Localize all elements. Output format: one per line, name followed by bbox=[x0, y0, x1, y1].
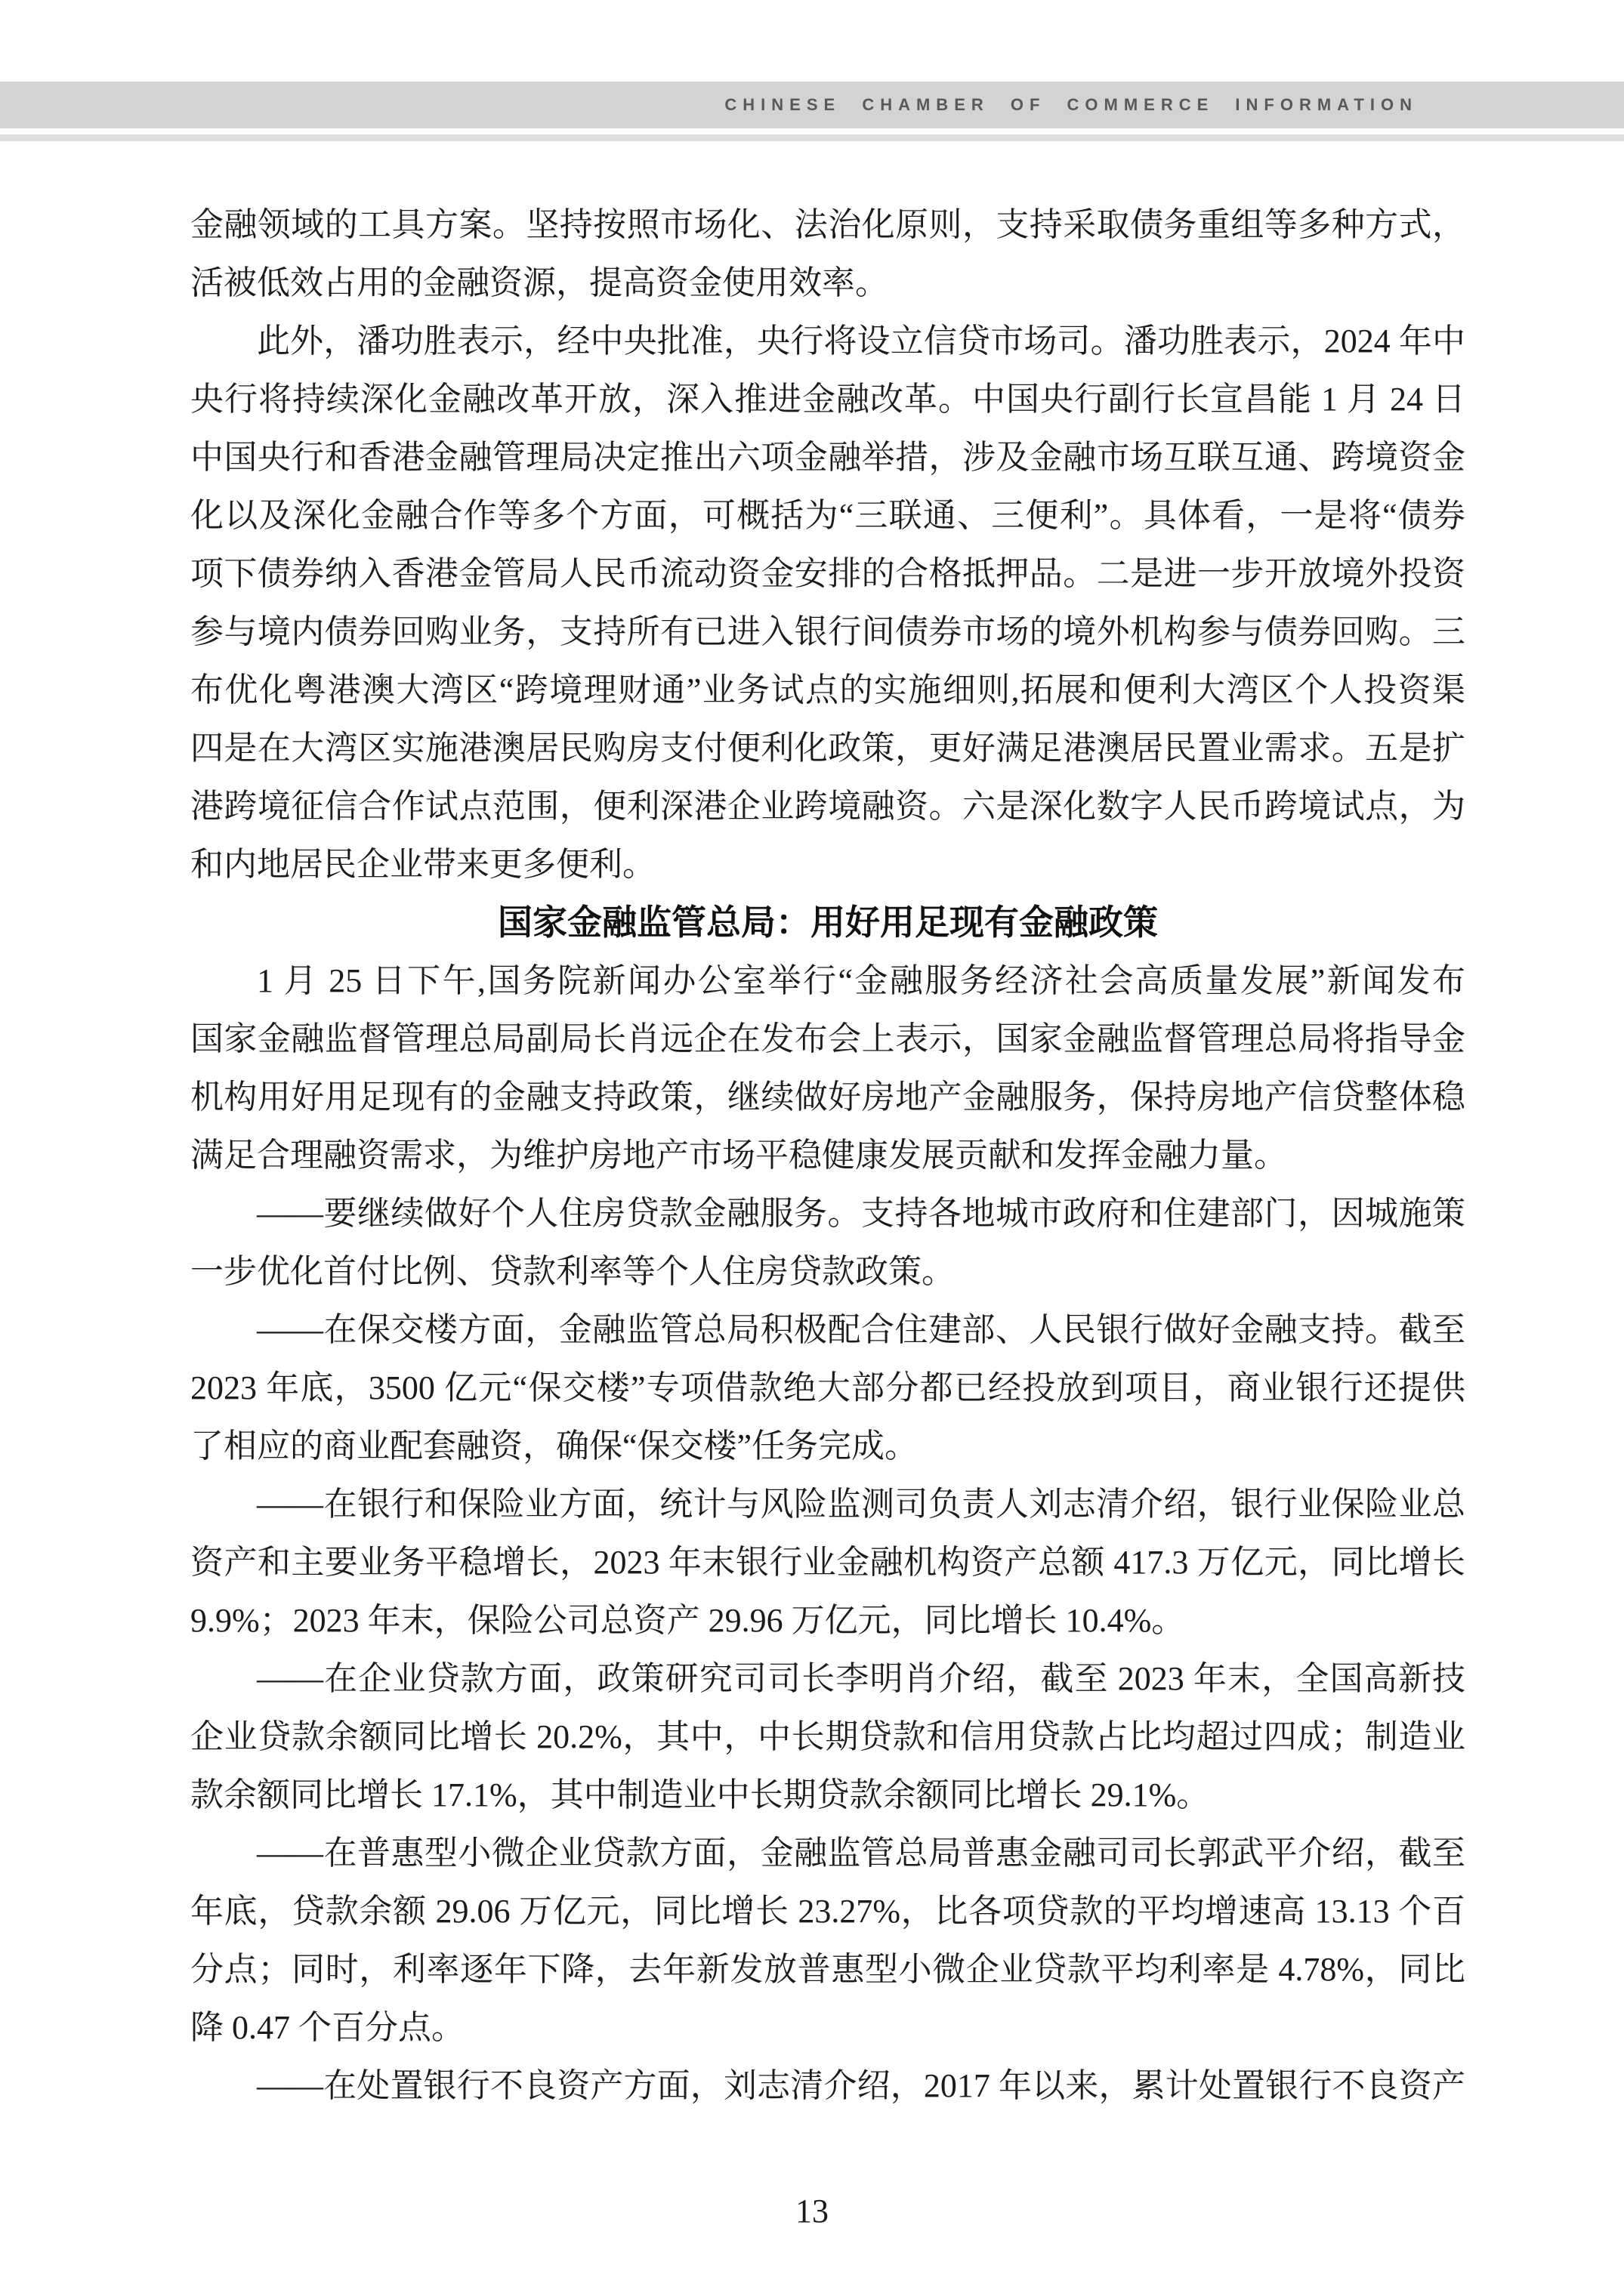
body-line: 2023 年底，3500 亿元“保交楼”专项借款绝大部分都已经投放到项目，商业银… bbox=[190, 1359, 1465, 1417]
document-page: CHINESE CHAMBER OF COMMERCE INFORMATION … bbox=[0, 0, 1624, 2293]
body-line: 项下债券纳入香港金管局人民币流动资金安排的合格抵押品。二是进一步开放境外投资者 bbox=[190, 545, 1465, 603]
body-line: 央行将持续深化金融改革开放，深入推进金融改革。中国央行副行长宣昌能 1 月 24… bbox=[190, 370, 1465, 428]
header-band: CHINESE CHAMBER OF COMMERCE INFORMATION bbox=[0, 82, 1624, 128]
body-line: ——在银行和保险业方面，统计与风险监测司负责人刘志清介绍，银行业保险业总 bbox=[190, 1475, 1465, 1533]
body-line: 1 月 25 日下午,国务院新闻办公室举行“金融服务经济社会高质量发展”新闻发布… bbox=[190, 952, 1465, 1010]
body-line: 国家金融监督管理总局副局长肖远企在发布会上表示，国家金融监督管理总局将指导金融 bbox=[190, 1010, 1465, 1068]
page-number: 13 bbox=[0, 2193, 1624, 2230]
body-line: 9.9%；2023 年末，保险公司总资产 29.96 万亿元，同比增长 10.4… bbox=[190, 1591, 1465, 1650]
article-body: 金融领域的工具方案。坚持按照市场化、法治化原则，支持采取债务重组等多种方式，盘 … bbox=[190, 196, 1465, 2115]
body-line: 一步优化首付比例、贷款利率等个人住房贷款政策。 bbox=[190, 1242, 1465, 1301]
body-line: 此外，潘功胜表示，经中央批准，央行将设立信贷市场司。潘功胜表示，2024 年中国 bbox=[190, 312, 1465, 370]
body-line: 分点；同时，利率逐年下降，去年新发放普惠型小微企业贷款平均利率是 4.78%，同… bbox=[190, 1940, 1465, 1998]
body-line: 款余额同比增长 17.1%，其中制造业中长期贷款余额同比增长 29.1%。 bbox=[190, 1766, 1465, 1824]
body-line: 资产和主要业务平稳增长，2023 年末银行业金融机构资产总额 417.3 万亿元… bbox=[190, 1533, 1465, 1591]
body-line: 参与境内债券回购业务，支持所有已进入银行间债券市场的境外机构参与债券回购。三是发 bbox=[190, 603, 1465, 661]
header-accent-line bbox=[0, 134, 1624, 141]
body-line: 港跨境征信合作试点范围，便利深港企业跨境融资。六是深化数字人民币跨境试点，为香港 bbox=[190, 777, 1465, 835]
header-banner-text: CHINESE CHAMBER OF COMMERCE INFORMATION bbox=[724, 95, 1418, 115]
body-line: 金融领域的工具方案。坚持按照市场化、法治化原则，支持采取债务重组等多种方式，盘 bbox=[190, 196, 1465, 254]
body-line: 满足合理融资需求，为维护房地产市场平稳健康发展贡献和发挥金融力量。 bbox=[190, 1126, 1465, 1184]
body-line: 和内地居民企业带来更多便利。 bbox=[190, 835, 1465, 893]
body-line: ——要继续做好个人住房贷款金融服务。支持各地城市政府和住建部门，因城施策进 bbox=[190, 1184, 1465, 1242]
body-line: 化以及深化金融合作等多个方面，可概括为“三联通、三便利”。具体看，一是将“债券通… bbox=[190, 486, 1465, 545]
body-line: 布优化粤港澳大湾区“跨境理财通”业务试点的实施细则,拓展和便利大湾区个人投资渠道… bbox=[190, 661, 1465, 719]
body-line: ——在保交楼方面，金融监管总局积极配合住建部、人民银行做好金融支持。截至 bbox=[190, 1301, 1465, 1359]
body-line: 了相应的商业配套融资，确保“保交楼”任务完成。 bbox=[190, 1417, 1465, 1475]
body-line: ——在企业贷款方面，政策研究司司长李明肖介绍，截至 2023 年末，全国高新技术 bbox=[190, 1650, 1465, 1708]
body-line: ——在处置银行不良资产方面，刘志清介绍，2017 年以来，累计处置银行不良资产 bbox=[190, 2057, 1465, 2115]
body-line: 活被低效占用的金融资源，提高资金使用效率。 bbox=[190, 254, 1465, 312]
body-line: ——在普惠型小微企业贷款方面，金融监管总局普惠金融司司长郭武平介绍，截至去 bbox=[190, 1824, 1465, 1882]
body-line: 年底，贷款余额 29.06 万亿元，同比增长 23.27%，比各项贷款的平均增速… bbox=[190, 1882, 1465, 1940]
body-line: 降 0.47 个百分点。 bbox=[190, 1998, 1465, 2057]
body-line: 机构用好用足现有的金融支持政策，继续做好房地产金融服务，保持房地产信贷整体稳定， bbox=[190, 1068, 1465, 1126]
body-line: 中国央行和香港金融管理局决定推出六项金融举措，涉及金融市场互联互通、跨境资金便利 bbox=[190, 428, 1465, 486]
section-heading: 国家金融监管总局：用好用足现有金融政策 bbox=[190, 893, 1465, 952]
body-line: 企业贷款余额同比增长 20.2%，其中，中长期贷款和信用贷款占比均超过四成；制造… bbox=[190, 1708, 1465, 1766]
body-line: 四是在大湾区实施港澳居民购房支付便利化政策，更好满足港澳居民置业需求。五是扩大深 bbox=[190, 719, 1465, 777]
